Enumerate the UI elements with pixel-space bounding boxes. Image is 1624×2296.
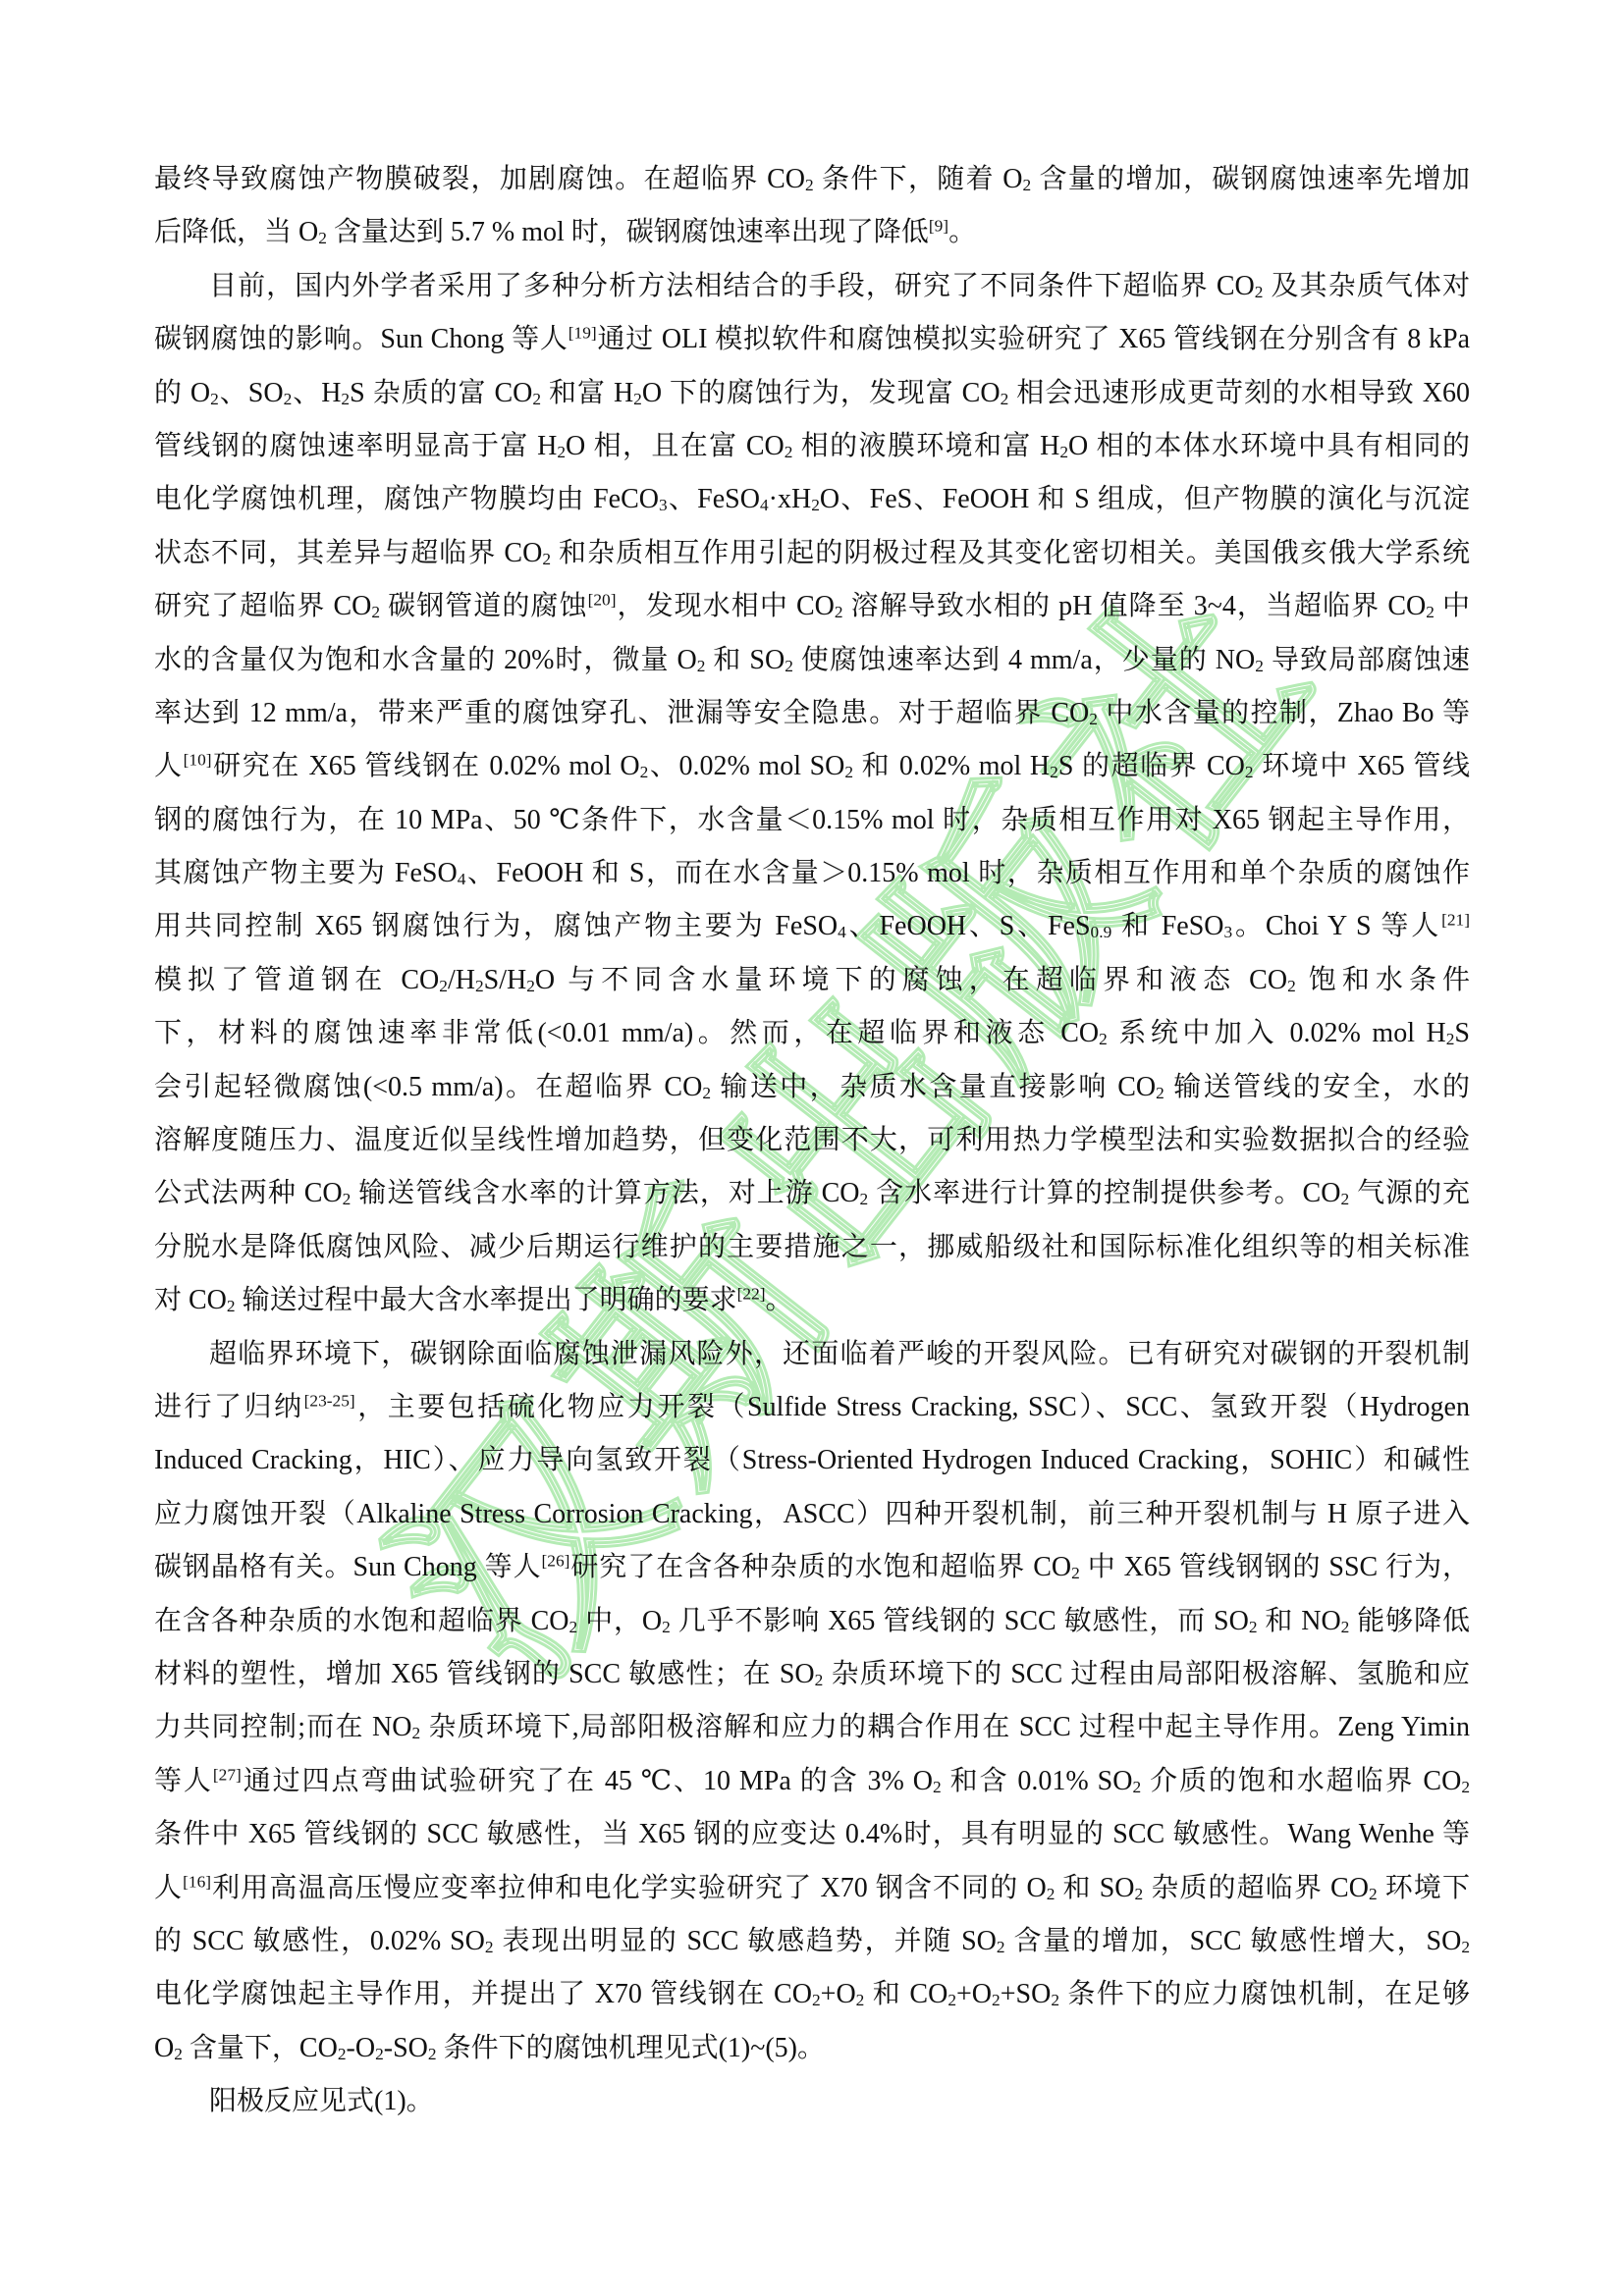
text-line-p3-l11: 人[16]利用高温高压慢应变率拉伸和电化学实验研究了 X70 钢含不同的 O2 …: [154, 1862, 1470, 1915]
text-line-p1-l1: 最终导致腐蚀产物膜破裂，加剧腐蚀。在超临界 CO2 条件下，随着 O2 含量的增…: [154, 153, 1470, 206]
text-line-p2-l3: 的 O2、SO2、H2S 杂质的富 CO2 和富 H2O 下的腐蚀行为，发现富 …: [154, 367, 1470, 420]
text-line-p3-l4: 应力腐蚀开裂（Alkaline Stress Corrosion Crackin…: [154, 1488, 1470, 1541]
text-line-p2-l8: 水的含量仅为饱和水含量的 20%时，微量 O2 和 SO2 使腐蚀速率达到 4 …: [154, 634, 1470, 687]
text-line-p2-l17: 溶解度随压力、温度近似呈线性增加趋势，但变化范围不大，可利用热力学模型法和实验数…: [154, 1114, 1470, 1167]
text-line-p2-l20: 对 CO2 输送过程中最大含水率提出了明确的要求[22]。: [154, 1274, 1470, 1327]
text-line-p2-l15: 下，材料的腐蚀速率非常低(<0.01 mm/a)。然而，在超临界和液态 CO2 …: [154, 1007, 1470, 1060]
text-line-p3-l6: 在含各种杂质的水饱和超临界 CO2 中，O2 几乎不影响 X65 管线钢的 SC…: [154, 1595, 1470, 1648]
text-line-p2-l16: 会引起轻微腐蚀(<0.5 mm/a)。在超临界 CO2 输送中，杂质水含量直接影…: [154, 1061, 1470, 1114]
text-line-p2-l5: 电化学腐蚀机理，腐蚀产物膜均由 FeCO3、FeSO4·xH2O、FeS、FeO…: [154, 473, 1470, 526]
text-line-p2-l2: 碳钢腐蚀的影响。Sun Chong 等人[19]通过 OLI 模拟软件和腐蚀模拟…: [154, 313, 1470, 366]
text-line-p2-l14: 模拟了管道钢在 CO2/H2S/H2O 与不同含水量环境下的腐蚀，在超临界和液态…: [154, 954, 1470, 1007]
document-body: 最终导致腐蚀产物膜破裂，加剧腐蚀。在超临界 CO2 条件下，随着 O2 含量的增…: [154, 153, 1470, 2128]
text-line-p3-l7: 材料的塑性，增加 X65 管线钢的 SCC 敏感性；在 SO2 杂质环境下的 S…: [154, 1648, 1470, 1701]
text-line-p3-l10: 条件中 X65 管线钢的 SCC 敏感性，当 X65 钢的应变达 0.4%时，具…: [154, 1808, 1470, 1861]
text-line-p3-l12: 的 SCC 敏感性，0.02% SO2 表现出明显的 SCC 敏感趋势，并随 S…: [154, 1915, 1470, 1968]
text-line-p2-l11: 钢的腐蚀行为，在 10 MPa、50 ℃条件下，水含量＜0.15% mol 时，…: [154, 794, 1470, 847]
text-line-p3-l8: 力共同控制;而在 NO2 杂质环境下,局部阳极溶解和应力的耦合作用在 SCC 过…: [154, 1701, 1470, 1754]
document-page: 汉斯出版社 最终导致腐蚀产物膜破裂，加剧腐蚀。在超临界 CO2 条件下，随着 O…: [0, 0, 1624, 2296]
text-line-p2-l12: 其腐蚀产物主要为 FeSO4、FeOOH 和 S，而在水含量＞0.15% mol…: [154, 847, 1470, 900]
text-line-p2-l1: 目前，国内外学者采用了多种分析方法相结合的手段，研究了不同条件下超临界 CO2 …: [154, 260, 1470, 313]
text-line-p1-l2: 后降低，当 O2 含量达到 5.7 % mol 时，碳钢腐蚀速率出现了降低[9]…: [154, 206, 1470, 259]
text-line-p4-l1: 阳极反应见式(1)。: [154, 2075, 1470, 2128]
text-line-p3-l2: 进行了归纳[23-25]，主要包括硫化物应力开裂（Sulfide Stress …: [154, 1381, 1470, 1434]
text-line-p3-l3: Induced Cracking，HIC）、应力导向氢致开裂（Stress-Or…: [154, 1434, 1470, 1487]
text-line-p2-l9: 率达到 12 mm/a，带来严重的腐蚀穿孔、泄漏等安全隐患。对于超临界 CO2 …: [154, 687, 1470, 740]
text-line-p3-l1: 超临界环境下，碳钢除面临腐蚀泄漏风险外，还面临着严峻的开裂风险。已有研究对碳钢的…: [154, 1328, 1470, 1381]
text-line-p2-l4: 管线钢的腐蚀速率明显高于富 H2O 相，且在富 CO2 相的液膜环境和富 H2O…: [154, 420, 1470, 473]
text-line-p3-l9: 等人[27]通过四点弯曲试验研究了在 45 ℃、10 MPa 的含 3% O2 …: [154, 1755, 1470, 1808]
text-line-p2-l7: 研究了超临界 CO2 碳钢管道的腐蚀[20]，发现水相中 CO2 溶解导致水相的…: [154, 580, 1470, 633]
text-line-p2-l19: 分脱水是降低腐蚀风险、减少后期运行维护的主要措施之一，挪威船级社和国际标准化组织…: [154, 1221, 1470, 1274]
text-line-p3-l14: O2 含量下，CO2-O2-SO2 条件下的腐蚀机理见式(1)~(5)。: [154, 2022, 1470, 2075]
text-line-p3-l13: 电化学腐蚀起主导作用，并提出了 X70 管线钢在 CO2+O2 和 CO2+O2…: [154, 1968, 1470, 2021]
text-line-p2-l6: 状态不同，其差异与超临界 CO2 和杂质相互作用引起的阴极过程及其变化密切相关。…: [154, 527, 1470, 580]
text-line-p2-l13: 用共同控制 X65 钢腐蚀行为，腐蚀产物主要为 FeSO4、FeOOH、S、Fe…: [154, 900, 1470, 953]
text-line-p2-l10: 人[10]研究在 X65 管线钢在 0.02% mol O2、0.02% mol…: [154, 740, 1470, 793]
text-line-p2-l18: 公式法两种 CO2 输送管线含水率的计算方法，对上游 CO2 含水率进行计算的控…: [154, 1167, 1470, 1220]
text-line-p3-l5: 碳钢晶格有关。Sun Chong 等人[26]研究了在含各种杂质的水饱和超临界 …: [154, 1541, 1470, 1594]
